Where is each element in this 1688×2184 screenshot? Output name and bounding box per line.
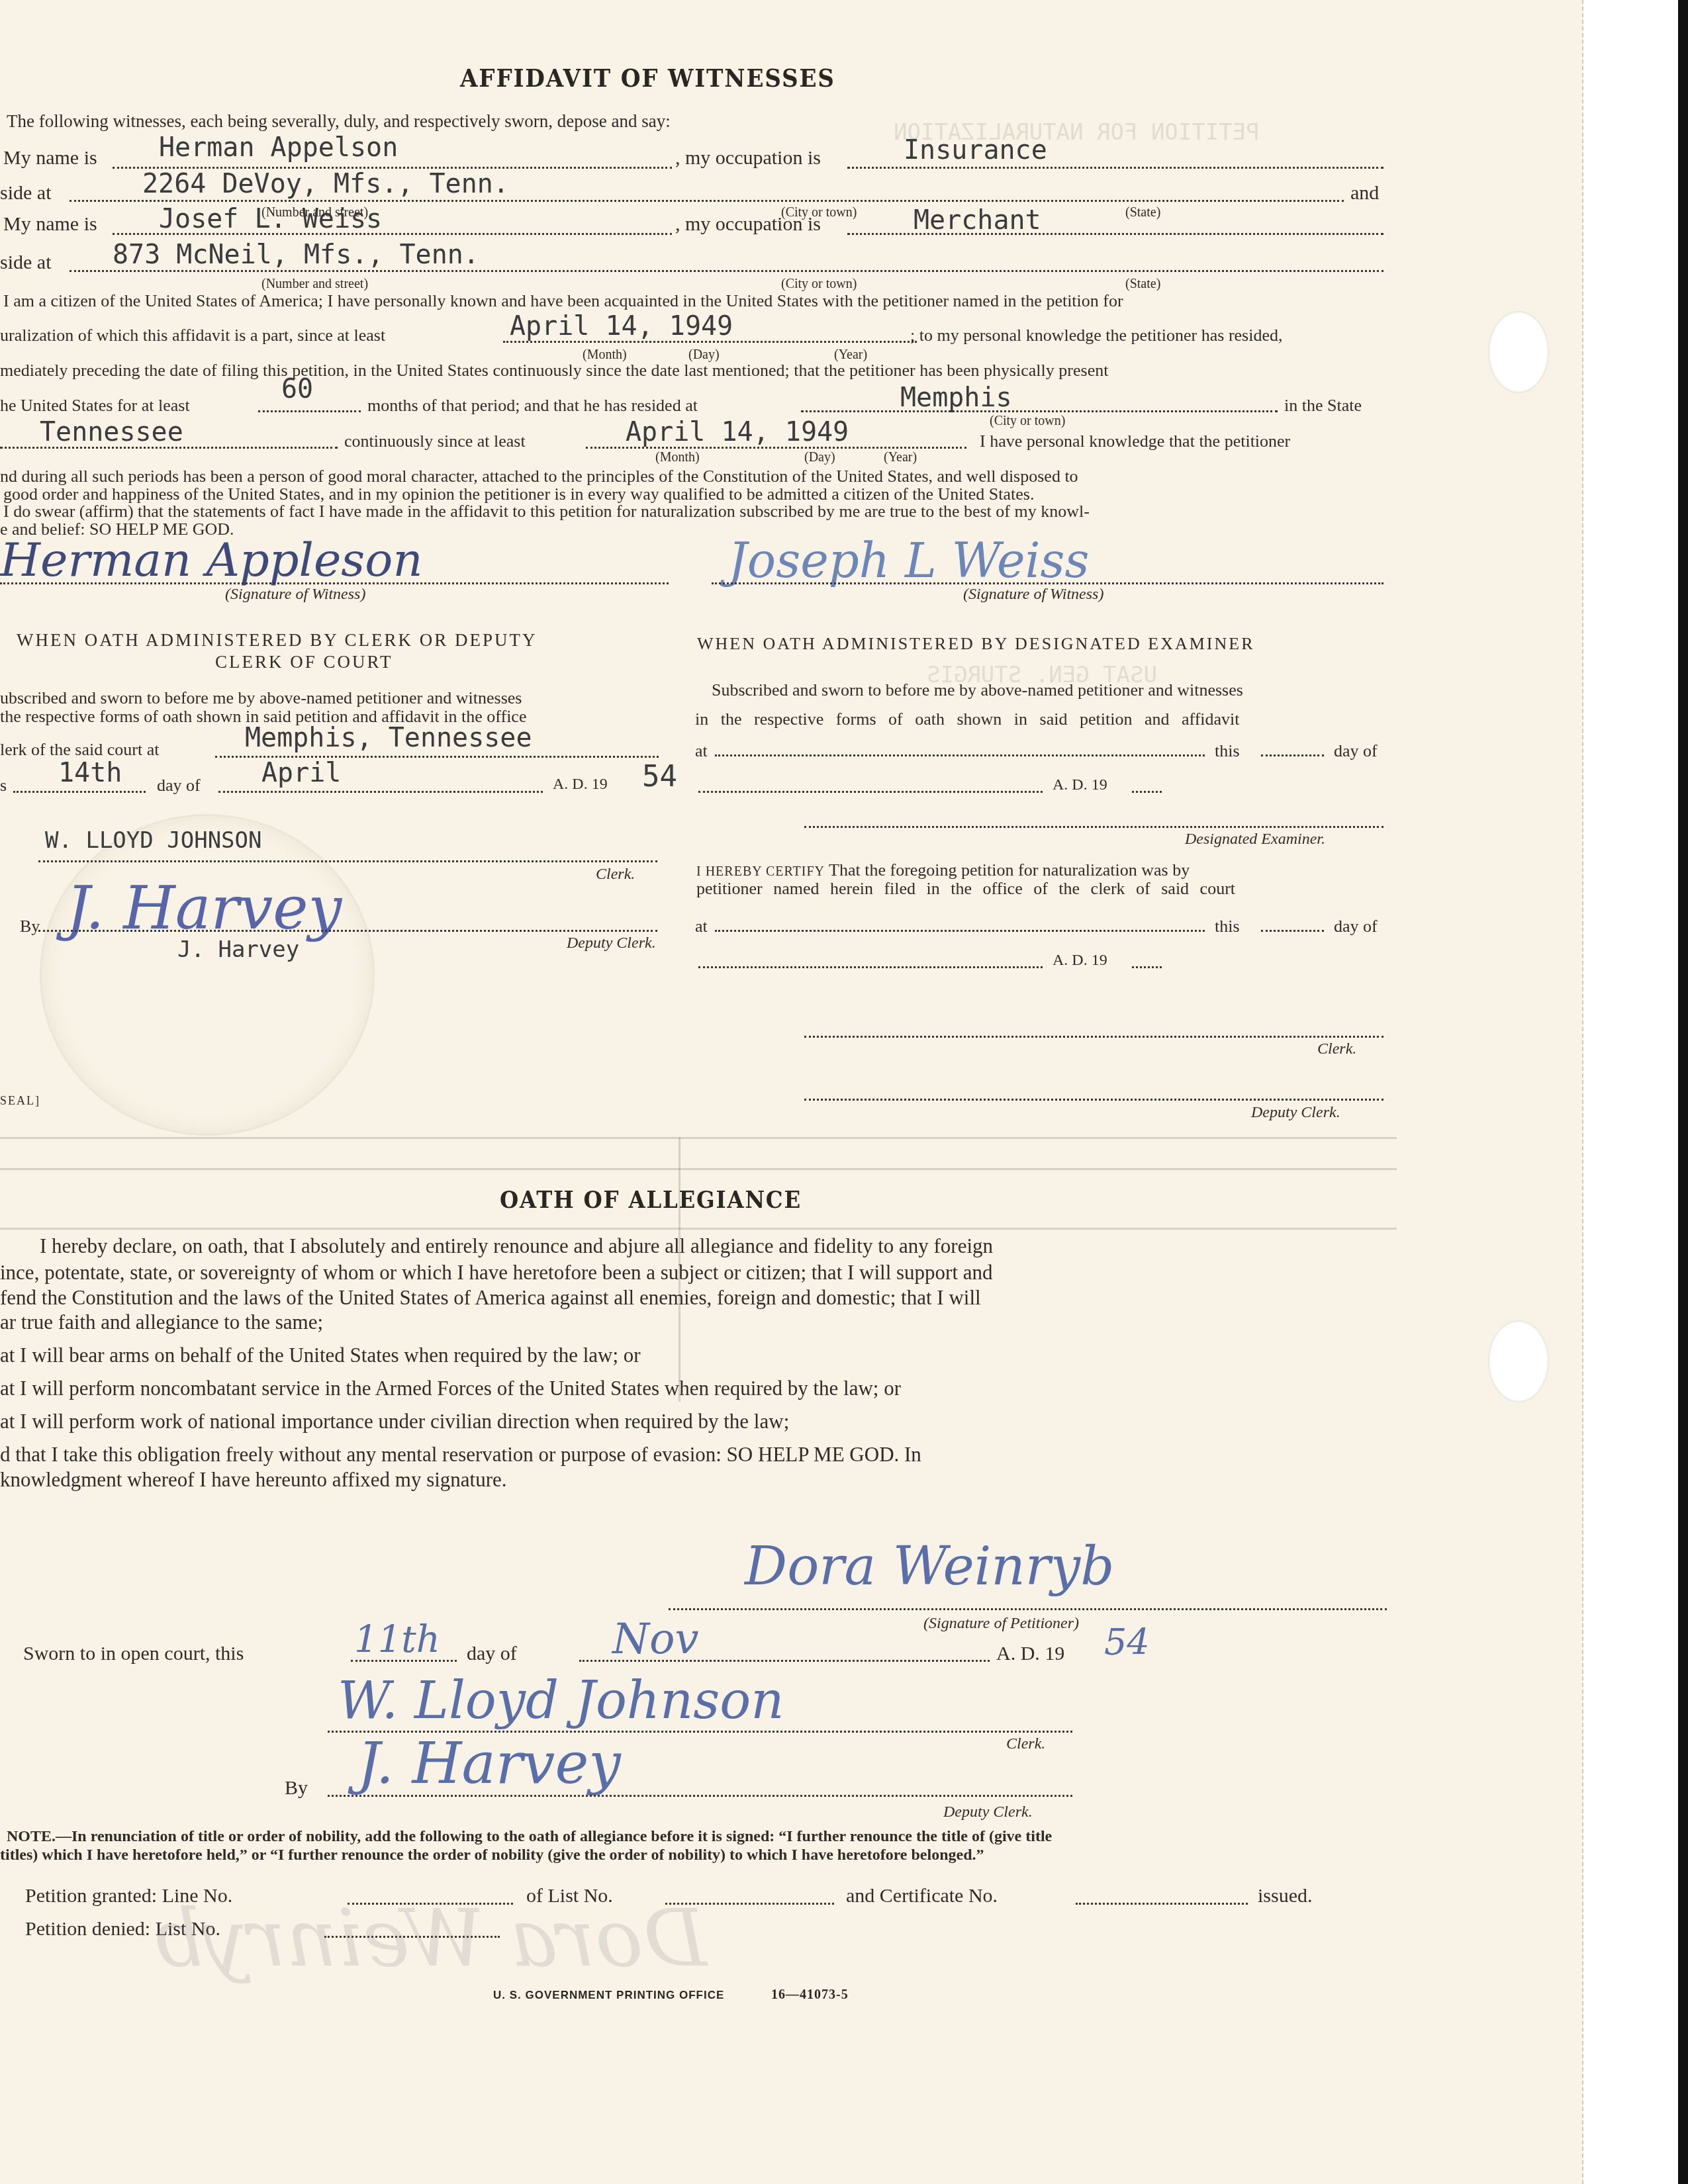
examiner-day-of-label: day of bbox=[1334, 741, 1378, 761]
designated-examiner-caption: Designated Examiner. bbox=[1185, 831, 1325, 848]
resided-city-field[interactable]: Memphis bbox=[900, 383, 1012, 413]
clerk-ad-label: A. D. 19 bbox=[553, 776, 608, 794]
certify-clerk-line[interactable] bbox=[804, 1036, 1383, 1038]
bleedthrough-table-rule bbox=[0, 1228, 1397, 1230]
day-caption: (Day) bbox=[804, 450, 835, 465]
affidavit-para1-line5-mid: continuously since at least bbox=[344, 432, 526, 451]
clerk-oath-header-line1: WHEN OATH ADMINISTERED BY CLERK OR DEPUT… bbox=[17, 630, 537, 651]
city-caption: (City or town) bbox=[781, 277, 857, 292]
witness2-occupation-field[interactable]: Merchant bbox=[914, 205, 1041, 236]
witness1-reside-label: side at bbox=[0, 182, 51, 205]
petitioner-signature[interactable]: Dora Weinryb bbox=[745, 1535, 1114, 1597]
issued-label: issued. bbox=[1258, 1885, 1313, 1907]
months-present-field[interactable]: 60 bbox=[281, 374, 313, 404]
witness1-address-field[interactable]: 2264 DeVoy, Mfs., Tenn. bbox=[142, 169, 509, 199]
oath-line-9: knowledgment whereof I have hereunto aff… bbox=[0, 1468, 507, 1492]
deputy-clerk-signature[interactable]: J. Harvey bbox=[66, 874, 342, 943]
affidavit-para1-line2: uralization of which this affidavit is a… bbox=[0, 326, 385, 345]
resided-since-field[interactable]: April 14, 1949 bbox=[626, 417, 849, 447]
signature-of-witness-caption: (Signature of Witness) bbox=[225, 586, 365, 604]
deputy-clerk-caption: Deputy Clerk. bbox=[567, 934, 656, 952]
oath-line-6: at I will perform noncombatant service i… bbox=[0, 1377, 901, 1400]
known-since-field[interactable]: April 14, 1949 bbox=[510, 311, 733, 341]
witness2-name-label: My name is bbox=[3, 213, 97, 236]
certify-year-line[interactable] bbox=[1132, 966, 1162, 968]
certify-deputy-clerk-caption: Deputy Clerk. bbox=[1251, 1104, 1340, 1122]
oath-clerk-signature[interactable]: W. Lloyd Johnson bbox=[338, 1671, 784, 1731]
months-present-line bbox=[258, 410, 361, 412]
oath-line-1: I hereby declare, on oath, that I absolu… bbox=[40, 1234, 993, 1258]
nobility-note-line2: titles) which I have heretofore held,” o… bbox=[0, 1846, 984, 1864]
deputy-clerk-line bbox=[38, 930, 657, 932]
binder-hole-top bbox=[1488, 311, 1549, 393]
certificate-label: and Certificate No. bbox=[846, 1885, 998, 1907]
examiner-oath-header: WHEN OATH ADMINISTERED BY DESIGNATED EXA… bbox=[697, 634, 1254, 654]
certify-deputy-clerk-line[interactable] bbox=[804, 1099, 1383, 1101]
clerk-day-of-label: day of bbox=[157, 776, 201, 796]
witness2-address-line bbox=[70, 270, 1383, 272]
examiner-day-line[interactable] bbox=[1261, 754, 1324, 756]
signature-of-witness-caption: (Signature of Witness) bbox=[963, 586, 1103, 604]
sworn-label: Sworn to in open court, this bbox=[23, 1643, 244, 1665]
witness1-address-line bbox=[70, 200, 1344, 202]
oath-line-2: ince, potentate, state, or sovereignty o… bbox=[0, 1261, 993, 1285]
certify-this-label: this bbox=[1215, 917, 1240, 936]
certify-at-label: at bbox=[695, 917, 708, 936]
court-location-field[interactable]: Memphis, Tennessee bbox=[245, 723, 532, 753]
nobility-note-line1: NOTE.—In renunciation of title or order … bbox=[7, 1828, 1052, 1846]
certify-ad-label: A. D. 19 bbox=[1053, 952, 1107, 970]
oath-line-4: ar true faith and allegiance to the same… bbox=[0, 1310, 323, 1334]
certify-clerk-caption: Clerk. bbox=[1317, 1040, 1356, 1058]
bleedthrough-signature: Dora Weinryb bbox=[152, 1893, 707, 1985]
bleedthrough-table-rule bbox=[0, 1137, 1397, 1139]
resided-city-line bbox=[801, 410, 1278, 412]
oath-title: OATH OF ALLEGIANCE bbox=[500, 1186, 802, 1214]
scan-edge bbox=[1678, 0, 1688, 2184]
examiner-oath-line1: Subscribed and sworn to before me by abo… bbox=[712, 680, 1243, 700]
clerk-month-line bbox=[218, 791, 543, 793]
witness2-occupation-label: , my occupation is bbox=[675, 213, 821, 236]
number-street-caption: (Number and street) bbox=[261, 277, 368, 292]
binder-hole-bottom bbox=[1488, 1320, 1549, 1402]
oath-clerk-caption: Clerk. bbox=[1006, 1735, 1045, 1753]
witness2-reside-label: side at bbox=[0, 251, 51, 274]
clerk-name-field[interactable]: W. LLOYD JOHNSON bbox=[45, 827, 262, 854]
bleedthrough-table-rule bbox=[0, 1168, 1397, 1170]
affidavit-para1-line1: I am a citizen of the United States of A… bbox=[3, 291, 1123, 311]
affidavit-para2-line1: nd during all such periods has been a pe… bbox=[0, 467, 1078, 486]
oath-line-3: fend the Constitution and the laws of th… bbox=[0, 1286, 981, 1310]
sworn-day-field[interactable]: 11th bbox=[354, 1618, 440, 1661]
clerk-oath-line4: s bbox=[0, 776, 7, 796]
examiner-month-line[interactable] bbox=[698, 791, 1043, 793]
year-caption: (Year) bbox=[884, 450, 917, 465]
certify-at-line[interactable] bbox=[715, 930, 1205, 932]
certificate-no-field[interactable] bbox=[1076, 1903, 1248, 1905]
witness1-occupation-field[interactable]: Insurance bbox=[904, 135, 1047, 165]
affidavit-para3-line1: I do swear (affirm) that the statements … bbox=[3, 502, 1090, 522]
clerk-day-field[interactable]: 14th bbox=[58, 758, 122, 788]
certify-text: That the foregoing petition for naturali… bbox=[829, 860, 1190, 880]
witness2-signature[interactable]: Joseph L Weiss bbox=[728, 533, 1089, 588]
gpo-imprint: U. S. GOVERNMENT PRINTING OFFICE bbox=[493, 1989, 724, 2002]
witness1-name-label: My name is bbox=[3, 147, 97, 169]
clerk-year-field[interactable]: 54 bbox=[642, 760, 677, 794]
affidavit-para1-line4-post: in the State bbox=[1284, 396, 1362, 416]
city-caption: (City or town) bbox=[990, 414, 1065, 429]
certify-line1: I HEREBY CERTIFY That the foregoing peti… bbox=[696, 860, 1190, 880]
state-caption: (State) bbox=[1125, 205, 1160, 220]
examiner-ad-label: A. D. 19 bbox=[1053, 776, 1107, 794]
certify-day-line[interactable] bbox=[1261, 930, 1324, 932]
affidavit-para1-line5-post: I have personal knowledge that the petit… bbox=[980, 432, 1290, 451]
seal-label: SEAL] bbox=[0, 1094, 40, 1108]
clerk-oath-header-line2: CLERK OF COURT bbox=[215, 652, 393, 672]
certify-line2: petitioner named herein filed in the off… bbox=[696, 879, 1235, 899]
resided-state-field[interactable]: Tennessee bbox=[40, 417, 183, 447]
oath-deputy-signature[interactable]: J. Harvey bbox=[357, 1731, 621, 1797]
witness1-occupation-label: , my occupation is bbox=[675, 147, 821, 169]
affidavit-para1-line2-post: ; to my personal knowledge the petitione… bbox=[910, 326, 1282, 345]
witness1-signature-line bbox=[0, 582, 669, 584]
affidavit-title: AFFIDAVIT OF WITNESSES bbox=[460, 63, 835, 93]
sworn-day-of-label: day of bbox=[467, 1643, 517, 1665]
examiner-at-line[interactable] bbox=[715, 754, 1205, 756]
clerk-oath-line3: lerk of the said court at bbox=[0, 740, 159, 760]
examiner-at-label: at bbox=[695, 741, 708, 761]
witness1-signature[interactable]: Herman Appleson bbox=[0, 533, 423, 587]
affidavit-para1-line4-mid: months of that period; and that he has r… bbox=[367, 396, 698, 416]
witness2-name-field[interactable]: Josef L. Weiss bbox=[159, 204, 382, 234]
sworn-month-field[interactable]: Nov bbox=[612, 1615, 699, 1664]
clerk-oath-line1: ubscribed and sworn to before me by abov… bbox=[0, 688, 522, 708]
signature-of-petitioner-caption: (Signature of Petitioner) bbox=[923, 1615, 1079, 1633]
sworn-ad-label: A. D. 19 bbox=[996, 1643, 1064, 1665]
designated-examiner-line[interactable] bbox=[804, 826, 1383, 828]
clerk-name-line bbox=[38, 860, 657, 862]
witness2-address-field[interactable]: 873 McNeil, Mfs., Tenn. bbox=[113, 240, 479, 270]
clerk-day-line bbox=[13, 791, 146, 793]
clerk-month-field[interactable]: April bbox=[261, 758, 341, 788]
oath-line-5: at I will bear arms on behalf of the Uni… bbox=[0, 1343, 641, 1367]
state-caption: (State) bbox=[1125, 277, 1160, 292]
form-code: 16—41073-5 bbox=[771, 1987, 849, 2003]
oath-by-label: By bbox=[285, 1777, 308, 1799]
certify-month-line[interactable] bbox=[698, 966, 1043, 968]
certify-caps: I HEREBY CERTIFY bbox=[696, 864, 825, 879]
examiner-oath-line2: in the respective forms of oath shown in… bbox=[695, 709, 1240, 729]
witness1-occupation-line bbox=[847, 167, 1383, 169]
deputy-clerk-name-field[interactable]: J. Harvey bbox=[177, 936, 299, 963]
oath-line-7: at I will perform work of national impor… bbox=[0, 1410, 789, 1433]
oath-line-8: d that I take this obligation freely wit… bbox=[0, 1443, 921, 1467]
affidavit-intro: The following witnesses, each being seve… bbox=[7, 111, 671, 132]
witness1-name-field[interactable]: Herman Appelson bbox=[159, 132, 398, 163]
month-caption: (Month) bbox=[655, 450, 700, 465]
witness2-signature-line bbox=[712, 582, 1383, 584]
petitioner-signature-line bbox=[669, 1608, 1387, 1610]
affidavit-para1-line3: mediately preceding the date of filing t… bbox=[0, 361, 1108, 381]
affidavit-para1-line4: he United States for at least bbox=[0, 396, 190, 416]
certify-day-of-label: day of bbox=[1334, 917, 1378, 936]
oath-deputy-caption: Deputy Clerk. bbox=[943, 1803, 1033, 1821]
clerk-by-label: By bbox=[20, 917, 40, 936]
oath-deputy-line bbox=[328, 1795, 1072, 1797]
examiner-this-label: this bbox=[1215, 741, 1240, 761]
clerk-caption: Clerk. bbox=[596, 866, 635, 884]
witness1-and-text: and bbox=[1350, 182, 1379, 205]
sworn-year-field[interactable]: 54 bbox=[1104, 1621, 1150, 1663]
examiner-year-line[interactable] bbox=[1132, 791, 1162, 793]
